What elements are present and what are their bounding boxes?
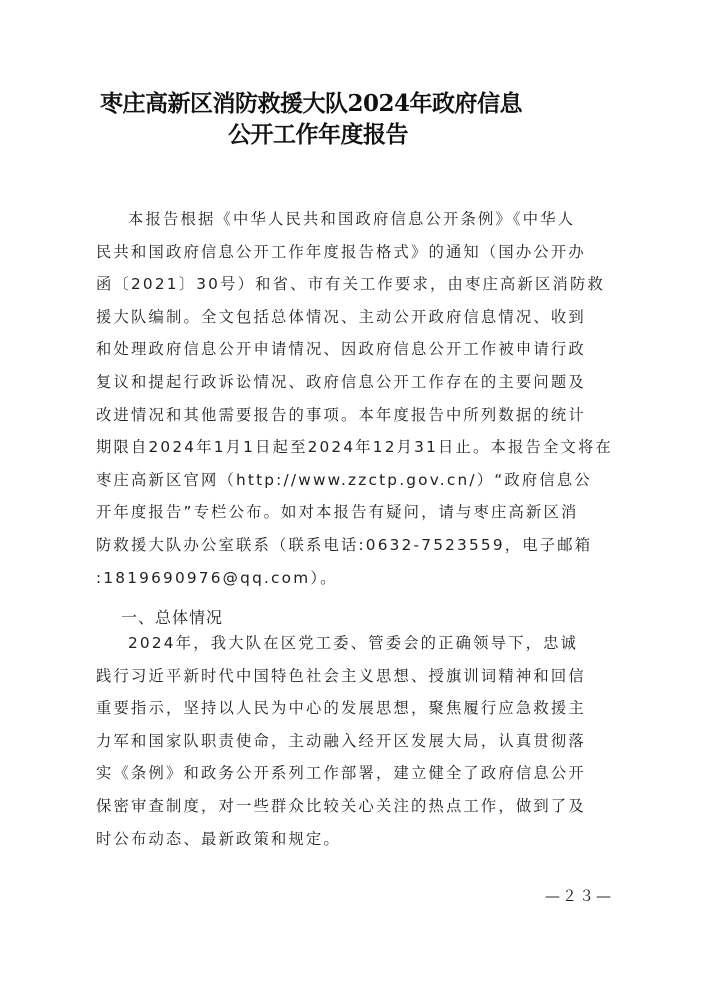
overview-line: 保密审查制度，对一些群众比较关心关注的热点工作，做到了及 (96, 790, 616, 823)
overview-line: 时公布动态、最新政策和规定。 (96, 823, 616, 856)
page-number: —２３— (545, 885, 613, 906)
overview-line: 实《条例》和政务公开系列工作部署，建立健全了政府信息公开 (96, 757, 616, 790)
intro-line: 防救援大队办公室联系（联系电话:0632-7523559，电子邮箱 (96, 529, 616, 562)
intro-line: :1819690976@qq.com）。 (96, 562, 616, 595)
intro-line: 本报告根据《中华人民共和国政府信息公开条例》《中华人 (96, 203, 616, 236)
intro-line: 函〔2021〕30号）和省、市有关工作要求，由枣庄高新区消防救 (96, 268, 616, 301)
section-heading-overview: 一、总体情况 (121, 605, 223, 628)
intro-line: 复议和提起行政诉讼情况、政府信息公开工作存在的主要问题及 (96, 366, 616, 399)
intro-line: 改进情况和其他需要报告的事项。本年度报告中所列数据的统计 (96, 399, 616, 432)
title-line-2: 公开工作年度报告 (100, 119, 620, 150)
document-page: 枣庄高新区消防救援大队2024年政府信息 公开工作年度报告 本报告根据《中华人民… (0, 0, 707, 999)
intro-paragraph: 本报告根据《中华人民共和国政府信息公开条例》《中华人 民共和国政府信息公开工作年… (96, 203, 616, 594)
overview-line: 重要指示，坚持以人民为中心的发展思想，聚焦履行应急救援主 (96, 692, 616, 725)
title-line-1: 枣庄高新区消防救援大队2024年政府信息 (100, 88, 620, 119)
overview-paragraph: 2024年，我大队在区党工委、管委会的正确领导下，忠诚 践行习近平新时代中国特色… (96, 627, 616, 855)
intro-line: 民共和国政府信息公开工作年度报告格式》的通知（国办公开办 (96, 236, 616, 269)
overview-line: 践行习近平新时代中国特色社会主义思想、授旗训词精神和回信 (96, 660, 616, 693)
intro-line: 开年度报告”专栏公布。如对本报告有疑问，请与枣庄高新区消 (96, 496, 616, 529)
overview-line: 力军和国家队职责使命，主动融入经开区发展大局，认真贯彻落 (96, 725, 616, 758)
intro-line: 枣庄高新区官网（http://www.zzctp.gov.cn/）“政府信息公 (96, 464, 616, 497)
intro-line: 和处理政府信息公开申请情况、因政府信息公开工作被申请行政 (96, 333, 616, 366)
intro-line: 援大队编制。全文包括总体情况、主动公开政府信息情况、收到 (96, 301, 616, 334)
overview-line: 2024年，我大队在区党工委、管委会的正确领导下，忠诚 (96, 627, 616, 660)
document-title: 枣庄高新区消防救援大队2024年政府信息 公开工作年度报告 (100, 88, 620, 150)
intro-line: 期限自2024年1月1日起至2024年12月31日止。本报告全文将在 (96, 431, 616, 464)
